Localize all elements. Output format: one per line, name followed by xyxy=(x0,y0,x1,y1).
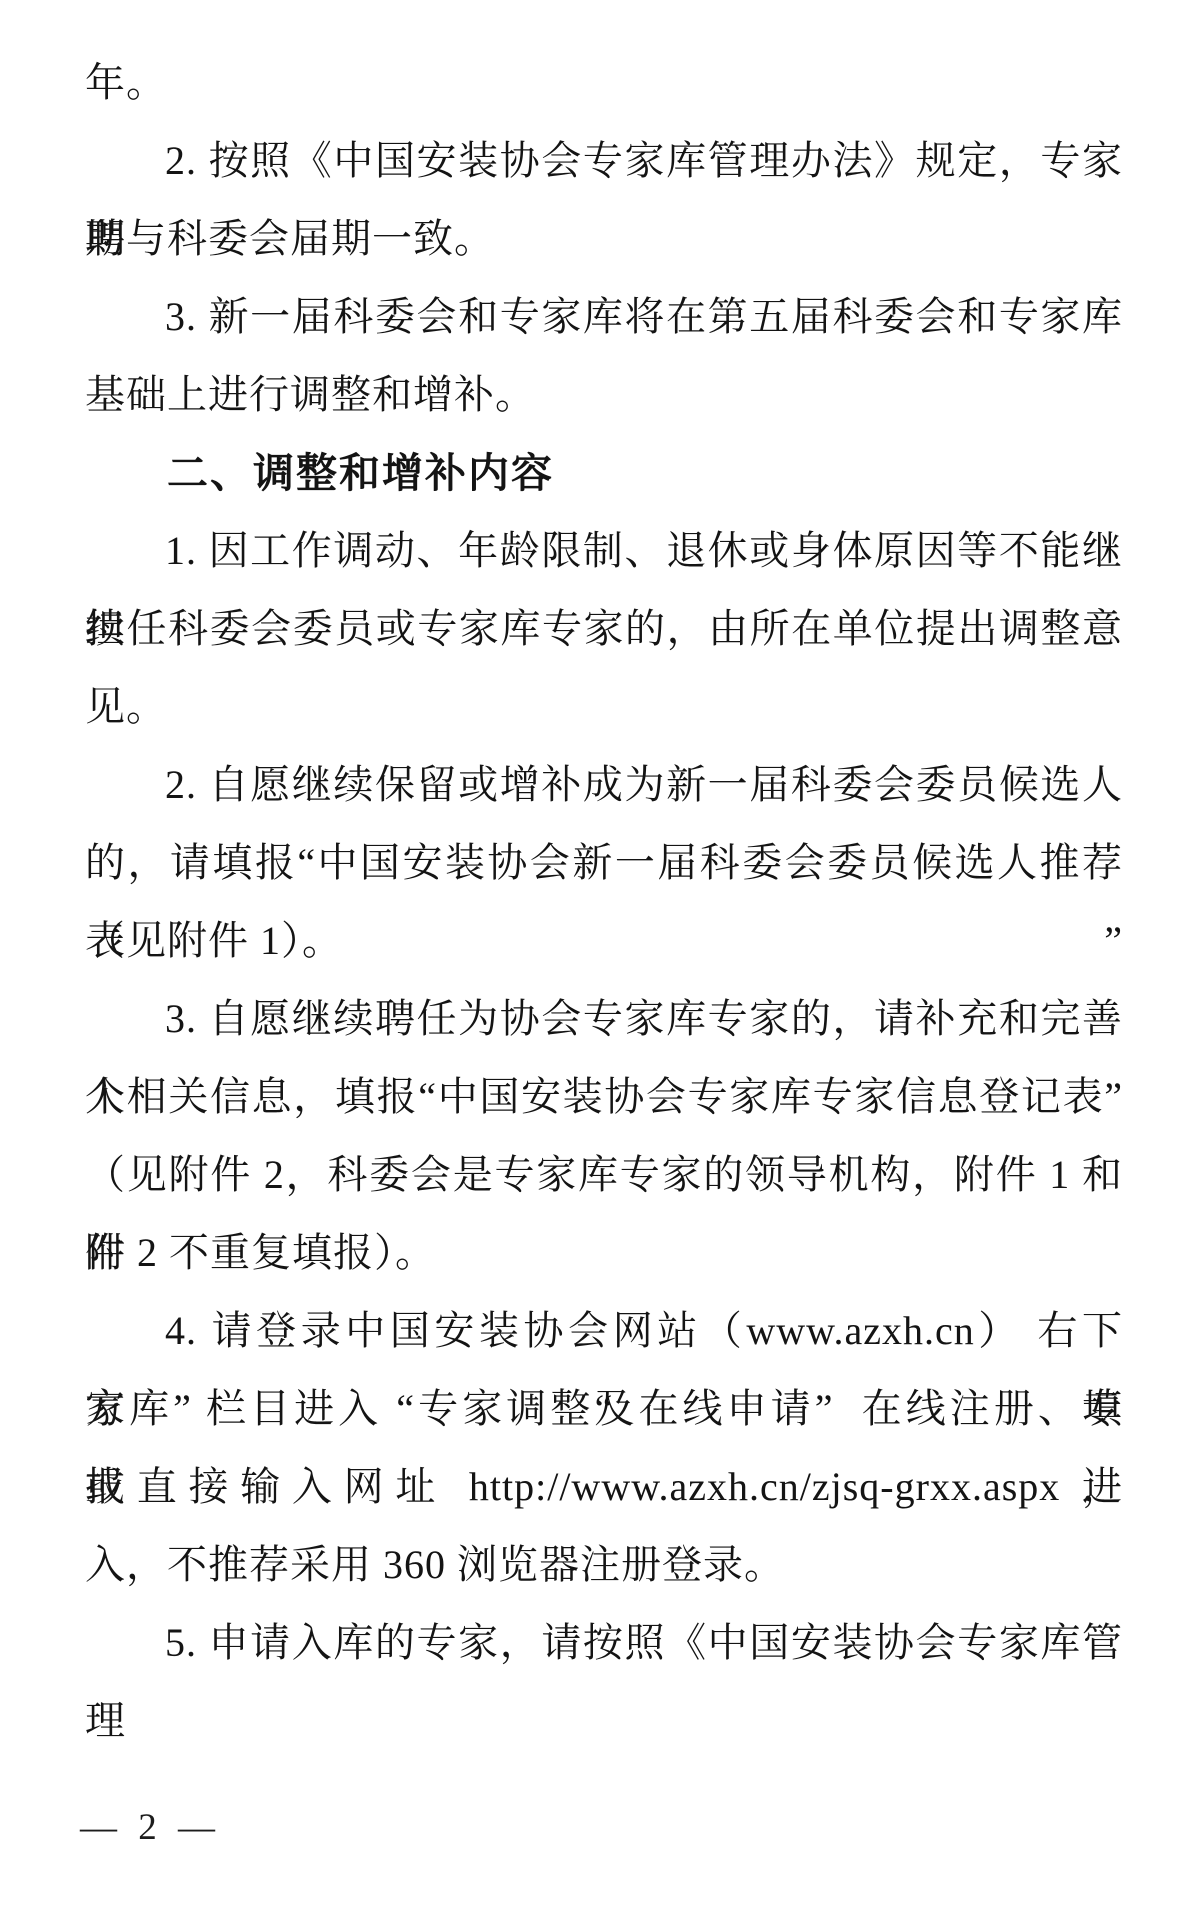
text-line: 基础上进行调整和增补。 xyxy=(85,356,1123,434)
section-heading: 二、调整和增补内容 xyxy=(85,434,1123,512)
text-line: 人相关信息，填报“中国安装协会专家库专家信息登记表” xyxy=(85,1058,1123,1136)
text-line: 见。 xyxy=(85,668,1123,746)
text-line: 的，请填报“中国安装协会新一届科委会委员候选人推荐表” xyxy=(85,824,1123,902)
text-line: 1. 因工作调动、年龄限制、退休或身体原因等不能继续 xyxy=(85,512,1123,590)
text-line: 担任科委会委员或专家库专家的，由所在单位提出调整意 xyxy=(85,590,1123,668)
text-line: 5. 申请入库的专家，请按照《中国安装协会专家库管理 xyxy=(85,1604,1123,1682)
text-line: 家库” 栏目进入 “专家调整及在线申请” 在线注册、填报， xyxy=(85,1370,1123,1448)
document-page: 年。 2. 按照《中国安装协会专家库管理办法》规定，专家聘 期与科委会届期一致。… xyxy=(0,0,1200,1928)
text-line: 入，不推荐采用 360 浏览器注册登录。 xyxy=(85,1526,1123,1604)
text-line: 3. 自愿继续聘任为协会专家库专家的，请补充和完善个 xyxy=(85,980,1123,1058)
text-line: 2. 按照《中国安装协会专家库管理办法》规定，专家聘 xyxy=(85,122,1123,200)
text-line-url: 或直接输入网址 http://www.azxh.cn/zjsq-grxx.asp… xyxy=(85,1448,1123,1526)
text-line: 年。 xyxy=(85,44,1123,122)
document-body: 年。 2. 按照《中国安装协会专家库管理办法》规定，专家聘 期与科委会届期一致。… xyxy=(85,44,1123,1682)
page-number: — 2 — xyxy=(80,1806,221,1849)
text-line: 2. 自愿继续保留或增补成为新一届科委会委员候选人 xyxy=(85,746,1123,824)
text-line: 4. 请登录中国安装协会网站（www.azxh.cn） 右下方“专 xyxy=(85,1292,1123,1370)
text-line: 3. 新一届科委会和专家库将在第五届科委会和专家库 xyxy=(85,278,1123,356)
text-line: （见附件 2，科委会是专家库专家的领导机构，附件 1 和附 xyxy=(85,1136,1123,1214)
text-line: 期与科委会届期一致。 xyxy=(85,200,1123,278)
text-line: 件 2 不重复填报）。 xyxy=(85,1214,1123,1292)
